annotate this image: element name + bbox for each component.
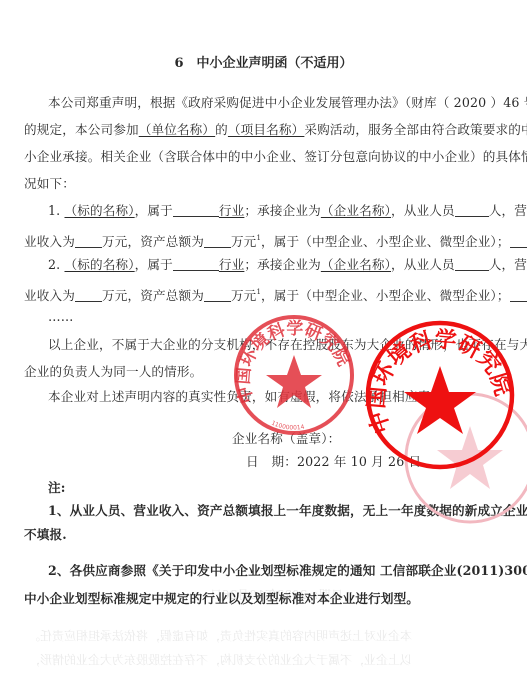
responsibility-statement: 本企业对上述声明内容的真实性负责，如有虚假，将依法承担相应责任。: [48, 389, 527, 405]
text: ，属于（中型企业、小型企业、微型企业）；: [261, 234, 510, 249]
revenue-blank: [75, 288, 102, 302]
company-seal-label: 企业名称（盖章）：: [232, 431, 432, 447]
text: ，从业人员: [391, 203, 455, 218]
project-name-field: （项目名称）: [228, 122, 304, 137]
item-number: 1.: [48, 203, 60, 218]
declaration-line-2: 的规定，本公司参加（单位名称）的（项目名称）采购活动，服务全部由符合政策要求的中: [24, 122, 510, 138]
item-1-line-1: 1. （标的名称），属于行业；承接企业为（企业名称），从业人员人，营: [48, 203, 527, 219]
item-2-line-1: 2. （标的名称），属于行业；承接企业为（企业名称），从业人员人，营: [48, 257, 527, 273]
assets-blank: [204, 288, 231, 302]
item-2-line-2: 业收入为万元，资产总额为万元1，属于（中型企业、小型企业、微型企业）；。: [24, 284, 510, 304]
text: ，属于: [135, 257, 173, 272]
text: 的规定，本公司参加: [24, 122, 139, 137]
target-name-field: （标的名称）: [64, 203, 134, 218]
target-name-field: （标的名称）: [64, 257, 134, 272]
text: ，属于（中型企业、小型企业、微型企业）；: [261, 288, 510, 303]
item-1-line-2: 业收入为万元，资产总额为万元1，属于（中型企业、小型企业、微型企业）；。: [24, 230, 510, 250]
text: 万元，资产总额为: [102, 288, 204, 303]
declaration-line-1: 本公司郑重声明，根据《政府采购促进中小企业发展管理办法》（财库（ 2020 ）4…: [48, 95, 527, 111]
industry-blank: [173, 203, 219, 217]
text: 行业: [219, 203, 245, 218]
note-2-line-2: 中小企业划型标准规定中规定的行业以及划型标准对本企业进行划型。: [24, 591, 510, 607]
type-blank: [510, 288, 527, 302]
text: ；承接企业为: [244, 257, 320, 272]
company-name-field: （企业名称）: [321, 203, 391, 218]
staff-blank: [455, 257, 489, 271]
industry-blank: [173, 257, 219, 271]
page-title: 6 中小企业声明函（不适用）: [0, 52, 527, 71]
text: 万元: [231, 234, 257, 249]
note-1-line-2: 不填报.: [24, 527, 510, 543]
type-blank: [510, 234, 527, 248]
revenue-blank: [75, 234, 102, 248]
text: 的: [215, 122, 228, 137]
text: 万元，资产总额为: [102, 234, 204, 249]
bleed-through-text: 本企业对上述声明内容的真实性负责，如有虚假，将依法承担相应责任。: [28, 627, 412, 644]
svg-text:110000014: 110000014: [270, 420, 305, 432]
bleed-through-text: 以上企业，不属于大企业的分支机构，不存在控股股东为大企业的情形，: [28, 651, 412, 668]
text: ，属于: [135, 203, 173, 218]
document-page: 日期：2022年10月26日 本企业对上述声明内容的真实性负责，如有虚假，将依法…: [0, 0, 527, 681]
date-line: 日 期：2022 年 10 月 26 日: [246, 454, 446, 470]
ellipsis: ……: [48, 309, 527, 325]
declaration-para2-line-1: 以上企业，不属于大企业的分支机构，不存在控股股东为大企业的情形，也不存在与大: [48, 337, 527, 353]
staff-blank: [455, 203, 489, 217]
text: 采购活动，服务全部由符合政策要求的中: [304, 122, 527, 137]
text: 行业: [219, 257, 245, 272]
text: 业收入为: [24, 234, 75, 249]
text: 万元: [231, 288, 257, 303]
text: ，从业人员: [391, 257, 455, 272]
declaration-line-4: 况如下：: [24, 176, 510, 192]
unit-name-field: （单位名称）: [139, 122, 215, 137]
text: ；承接企业为: [244, 203, 320, 218]
note-1-line-1: 1、从业人员、营业收入、资产总额填报上一年度数据，无上一年度数据的新成立企业可: [48, 503, 527, 519]
declaration-para2-line-2: 企业的负责人为同一人的情形。: [24, 364, 510, 380]
assets-blank: [204, 234, 231, 248]
text: 业收入为: [24, 288, 75, 303]
note-2-line-1: 2、各供应商参照《关于印发中小企业划型标准规定的通知 工信部联企业(2011)3…: [48, 563, 527, 579]
text: 人，营: [489, 203, 527, 218]
notes-heading: 注:: [48, 480, 527, 496]
declaration-line-3: 小企业承接。相关企业（含联合体中的中小企业、签订分包意向协议的中小企业）的具体情: [24, 149, 510, 165]
company-name-field: （企业名称）: [321, 257, 391, 272]
item-number: 2.: [48, 257, 60, 272]
text: 人，营: [489, 257, 527, 272]
